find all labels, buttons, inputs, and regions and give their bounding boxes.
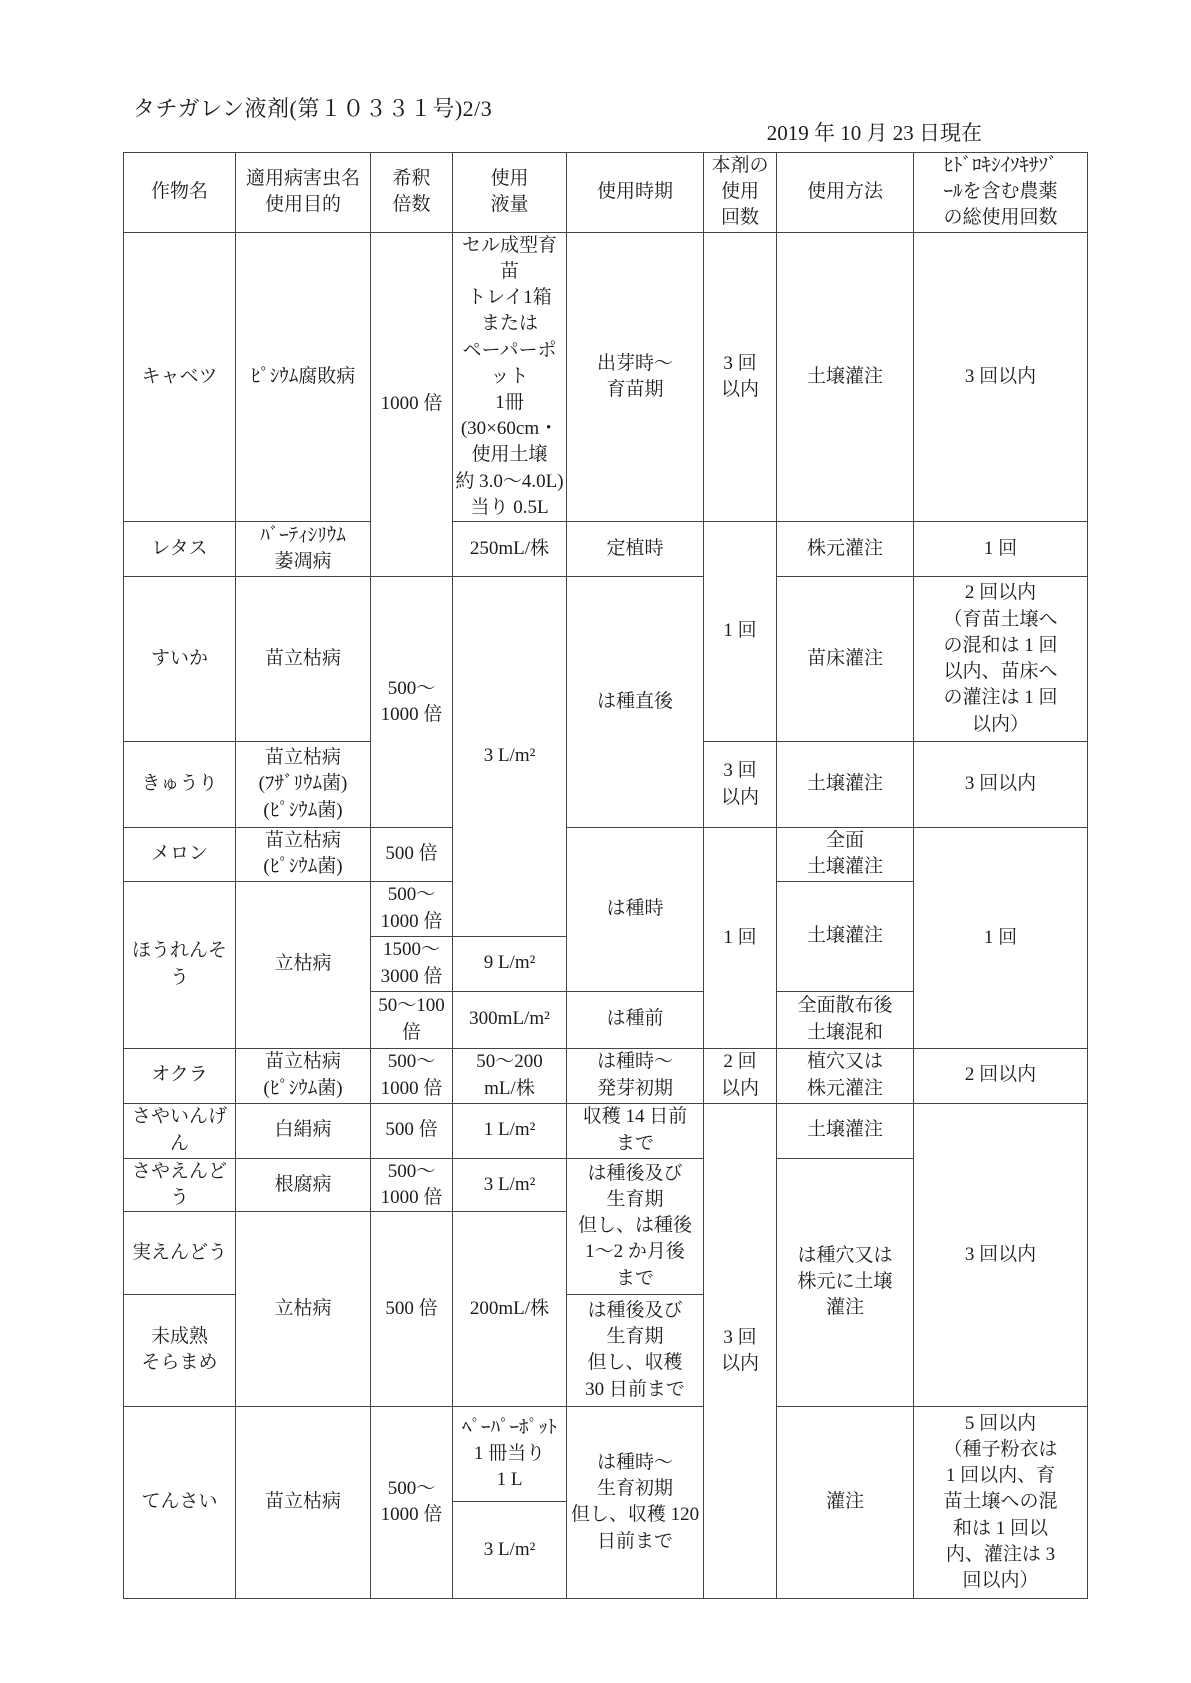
cell-lettuce-crop: レタス (124, 522, 236, 577)
cell-kidney-bean-method: 土壌灌注 (777, 1103, 914, 1158)
cell-okra-timing: は種時～ 発芽初期 (567, 1048, 704, 1103)
cell-cabbage-lettuce-dilution: 1000 倍 (371, 232, 453, 576)
cell-melon-spinach-total: 1 回 (914, 828, 1088, 1048)
cell-okra-method: 植穴又は 株元灌注 (777, 1048, 914, 1103)
cell-cabbage-total: 3 回以内 (914, 232, 1088, 521)
cell-watermelon-cucumber-timing: は種直後 (567, 577, 704, 828)
cell-cabbage-crop: キャベツ (124, 232, 236, 521)
cell-cabbage-count: 3 回 以内 (704, 232, 777, 521)
cell-kidney-bean-liquid: 1 L/m² (453, 1103, 567, 1158)
cell-peas-method: は種穴又は 株元に土壌 灌注 (777, 1158, 914, 1406)
document-date: 2019 年 10 月 23 日現在 (0, 117, 982, 147)
row-watermelon: すいか 苗立枯病 500～ 1000 倍 3 L/m² は種直後 苗床灌注 2 … (124, 577, 1088, 742)
cell-beet-crop: てんさい (124, 1406, 236, 1598)
cell-watermelon-to-spinach-liquid: 3 L/m² (453, 577, 567, 936)
cell-spinach-dilution-a: 500～ 1000 倍 (371, 881, 453, 936)
cell-melon-spinach-timing: は種時 (567, 828, 704, 991)
pesticide-usage-table: 作物名 適用病害虫名 使用目的 希釈 倍数 使用 液量 使用時期 本剤の 使用 … (123, 152, 1088, 1599)
cell-beet-disease: 苗立枯病 (236, 1406, 371, 1598)
cell-beans-total: 3 回以内 (914, 1103, 1088, 1406)
cell-kidney-bean-disease: 白絹病 (236, 1103, 371, 1158)
cell-kidney-bean-crop: さやいんげん (124, 1103, 236, 1158)
cell-snap-pea-crop: さやえんどう (124, 1158, 236, 1211)
header-disease: 適用病害虫名 使用目的 (236, 153, 371, 233)
cell-lettuce-disease: ﾊﾞｰﾃｨｼﾘｳﾑ 萎凋病 (236, 522, 371, 577)
cell-spinach-timing-c: は種前 (567, 991, 704, 1048)
cell-snap-pea-pea-timing: は種後及び 生育期 但し、は種後 1～2 か月後 まで (567, 1158, 704, 1294)
cell-pea-broad-bean-disease: 立枯病 (236, 1211, 371, 1406)
cell-spinach-liquid-b: 9 L/m² (453, 936, 567, 991)
cell-cucumber-method: 土壌灌注 (777, 742, 914, 828)
cell-melon-disease: 苗立枯病 (ﾋﾟｼｳﾑ菌) (236, 828, 371, 881)
cell-watermelon-method: 苗床灌注 (777, 577, 914, 742)
cell-cabbage-disease: ﾋﾟｼｳﾑ腐敗病 (236, 232, 371, 521)
cell-pea-broad-bean-dilution: 500 倍 (371, 1211, 453, 1406)
row-lettuce: レタス ﾊﾞｰﾃｨｼﾘｳﾑ 萎凋病 250mL/株 定植時 1 回 株元灌注 1… (124, 522, 1088, 577)
cell-pea-broad-bean-liquid: 200mL/株 (453, 1211, 567, 1406)
cell-spinach-dilution-b: 1500～ 3000 倍 (371, 936, 453, 991)
cell-okra-total: 2 回以内 (914, 1048, 1088, 1103)
cell-melon-crop: メロン (124, 828, 236, 881)
cell-kidney-bean-dilution: 500 倍 (371, 1103, 453, 1158)
header-timing: 使用時期 (567, 153, 704, 233)
header-row: 作物名 適用病害虫名 使用目的 希釈 倍数 使用 液量 使用時期 本剤の 使用 … (124, 153, 1088, 233)
cell-beet-timing: は種時～ 生育初期 但し、収穫 120 日前まで (567, 1406, 704, 1598)
header-dilution: 希釈 倍数 (371, 153, 453, 233)
cell-beans-beet-count: 3 回 以内 (704, 1103, 777, 1598)
cell-okra-count: 2 回 以内 (704, 1048, 777, 1103)
cell-spinach-disease: 立枯病 (236, 881, 371, 1048)
header-method: 使用方法 (777, 153, 914, 233)
row-beet-a: てんさい 苗立枯病 500～ 1000 倍 ﾍﾟｰﾊﾟｰﾎﾟｯﾄ 1 冊当り 1… (124, 1406, 1088, 1501)
cell-beet-dilution: 500～ 1000 倍 (371, 1406, 453, 1598)
cell-melon-method: 全面 土壌灌注 (777, 828, 914, 881)
header-total: ﾋﾄﾞﾛｷｼｲｿｷｻｿﾞ ｰﾙを含む農薬 の総使用回数 (914, 153, 1088, 233)
cell-broad-bean-timing: は種後及び 生育期 但し、収穫 30 日前まで (567, 1294, 704, 1406)
cell-cucumber-crop: きゅうり (124, 742, 236, 828)
cell-okra-crop: オクラ (124, 1048, 236, 1103)
cell-spinach-method-ab: 土壌灌注 (777, 881, 914, 991)
cell-spinach-method-c: 全面散布後 土壌混和 (777, 991, 914, 1048)
cell-watermelon-disease: 苗立枯病 (236, 577, 371, 742)
cell-snap-pea-disease: 根腐病 (236, 1158, 371, 1211)
cell-okra-liquid: 50～200 mL/株 (453, 1048, 567, 1103)
cell-lettuce-timing: 定植時 (567, 522, 704, 577)
header-crop: 作物名 (124, 153, 236, 233)
cell-cucumber-count: 3 回 以内 (704, 742, 777, 828)
cell-watermelon-total: 2 回以内 （育苗土壌へ の混和は 1 回 以内、苗床へ の灌注は 1 回 以内… (914, 577, 1088, 742)
cell-watermelon-cucumber-dilution: 500～ 1000 倍 (371, 577, 453, 828)
row-melon: メロン 苗立枯病 (ﾋﾟｼｳﾑ菌) 500 倍 は種時 1 回 全面 土壌灌注 … (124, 828, 1088, 881)
cell-spinach-liquid-c: 300mL/m² (453, 991, 567, 1048)
cell-lettuce-watermelon-count: 1 回 (704, 522, 777, 742)
cell-cabbage-method: 土壌灌注 (777, 232, 914, 521)
cell-melon-spinach-count: 1 回 (704, 828, 777, 1048)
cell-spinach-crop: ほうれんそう (124, 881, 236, 1048)
cell-okra-disease: 苗立枯病 (ﾋﾟｼｳﾑ菌) (236, 1048, 371, 1103)
cell-cucumber-total: 3 回以内 (914, 742, 1088, 828)
cell-beet-liquid-a: ﾍﾟｰﾊﾟｰﾎﾟｯﾄ 1 冊当り 1 L (453, 1406, 567, 1501)
cell-beet-method: 灌注 (777, 1406, 914, 1598)
cell-watermelon-crop: すいか (124, 577, 236, 742)
cell-snap-pea-liquid: 3 L/m² (453, 1158, 567, 1211)
cell-lettuce-liquid: 250mL/株 (453, 522, 567, 577)
cell-cucumber-disease: 苗立枯病 (ﾌｻﾞﾘｳﾑ菌) (ﾋﾟｼｳﾑ菌) (236, 742, 371, 828)
cell-beet-liquid-b: 3 L/m² (453, 1501, 567, 1598)
cell-lettuce-method: 株元灌注 (777, 522, 914, 577)
row-kidney-bean: さやいんげん 白絹病 500 倍 1 L/m² 収穫 14 日前 まで 3 回 … (124, 1103, 1088, 1158)
cell-okra-dilution: 500～ 1000 倍 (371, 1048, 453, 1103)
cell-snap-pea-dilution: 500～ 1000 倍 (371, 1158, 453, 1211)
cell-beet-total: 5 回以内 （種子粉衣は 1 回以内、育 苗土壌への混 和は 1 回以 内、灌注… (914, 1406, 1088, 1598)
row-okra: オクラ 苗立枯病 (ﾋﾟｼｳﾑ菌) 500～ 1000 倍 50～200 mL/… (124, 1048, 1088, 1103)
cell-spinach-dilution-c: 50～100 倍 (371, 991, 453, 1048)
cell-kidney-bean-timing: 収穫 14 日前 まで (567, 1103, 704, 1158)
cell-cabbage-liquid: セル成型育苗 トレイ1箱 または ペーパーポット 1冊 (30×60cm・ 使用… (453, 232, 567, 521)
cell-cabbage-timing: 出芽時～ 育苗期 (567, 232, 704, 521)
header-liquid: 使用 液量 (453, 153, 567, 233)
header-count: 本剤の 使用 回数 (704, 153, 777, 233)
cell-broad-bean-crop: 未成熟 そらまめ (124, 1294, 236, 1406)
cell-pea-crop: 実えんどう (124, 1211, 236, 1294)
cell-lettuce-total: 1 回 (914, 522, 1088, 577)
cell-melon-dilution: 500 倍 (371, 828, 453, 881)
row-cabbage: キャベツ ﾋﾟｼｳﾑ腐敗病 1000 倍 セル成型育苗 トレイ1箱 または ペー… (124, 232, 1088, 521)
